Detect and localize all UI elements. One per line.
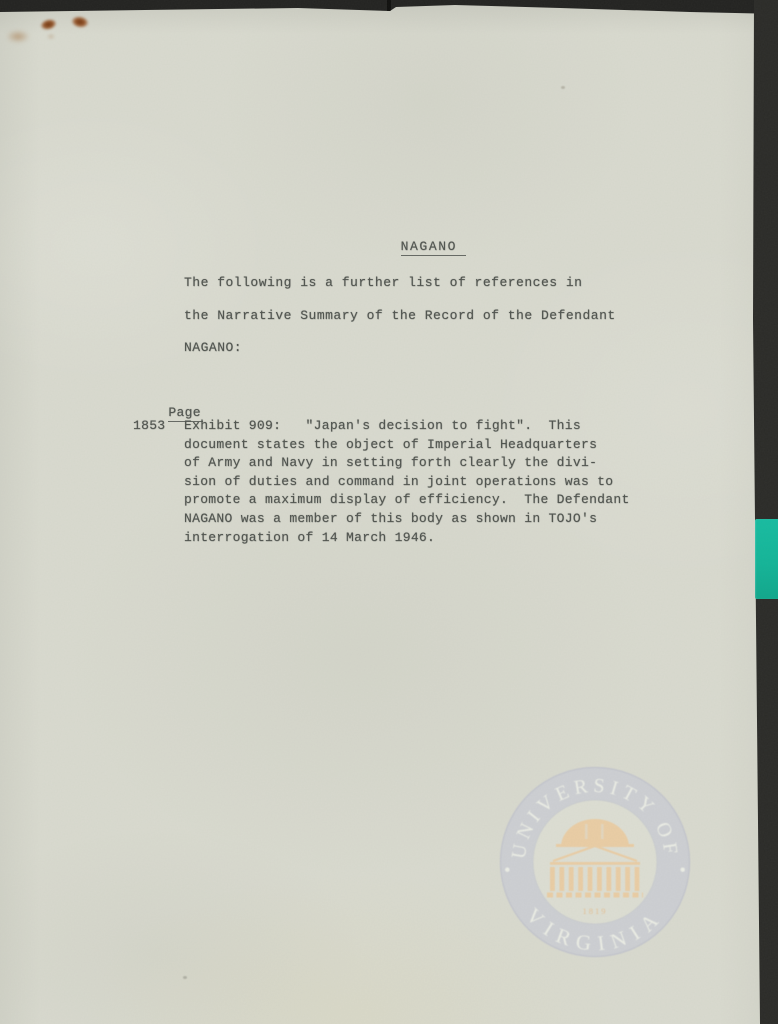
teal-bookmark-tab (755, 519, 778, 599)
scanner-background-right (752, 0, 778, 1024)
seal-right-dot (681, 868, 685, 872)
document-title-row: NAGANO (363, 224, 466, 269)
rust-stain (39, 17, 58, 32)
scanned-document-page: UNIVERSITY OF VIRGINIA (0, 0, 778, 1024)
scanner-seam (387, 0, 391, 12)
seal-group: UNIVERSITY OF VIRGINIA (501, 768, 690, 957)
rust-stain (70, 15, 90, 30)
seal-left-dot (505, 868, 509, 872)
university-of-virginia-watermark: UNIVERSITY OF VIRGINIA (495, 762, 695, 962)
scanner-background-top (0, 0, 778, 16)
intro-paragraph: The following is a further list of refer… (184, 267, 616, 365)
rust-fleck (47, 34, 55, 39)
rust-smudge (6, 30, 30, 43)
document-title: NAGANO (401, 239, 466, 256)
paper-speck (561, 86, 565, 89)
watermark-year: 1819 (583, 906, 608, 916)
reference-page-number: 1853 (133, 417, 165, 436)
reference-text: Exhibit 909: "Japan's decision to fight"… (184, 417, 630, 547)
paper-speck (183, 976, 187, 979)
